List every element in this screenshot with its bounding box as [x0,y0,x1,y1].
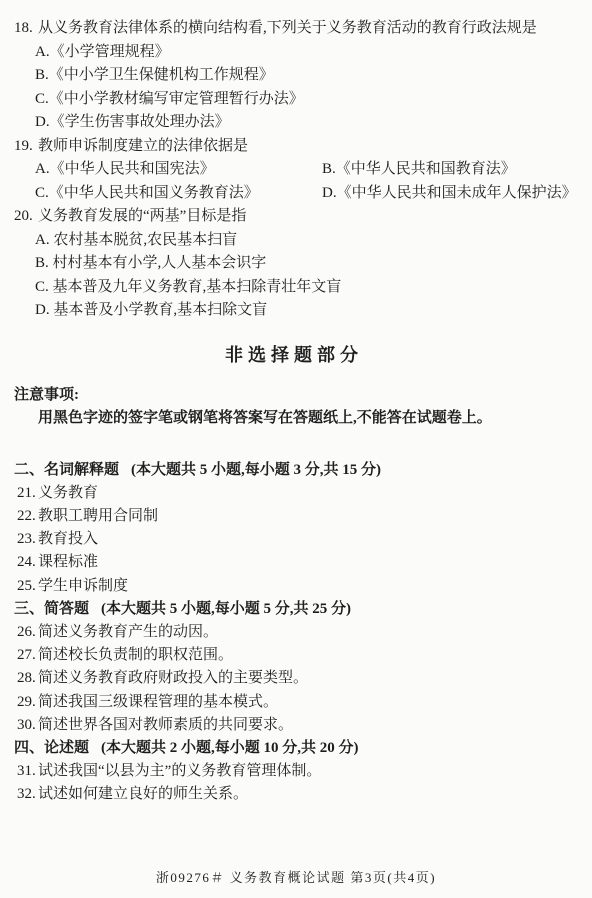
item-number: 28. [17,667,38,690]
option-a: A.《中华人民共和国宪法》 [35,158,322,182]
page-footer: 浙09276＃ 义务教育概论试题 第3页(共4页) [0,867,592,886]
item-text: 简述义务教育政府财政投入的主要类型。 [38,667,574,690]
question-number: 20. [14,205,38,229]
item-number: 30. [17,714,38,737]
option-d: D.《中华人民共和国未成年人保护法》 [322,182,574,206]
section-points-meta: (本大题共 5 小题,每小题 5 分,共 25 分) [101,601,351,617]
section-title: 四、论述题 [14,740,89,756]
question-18: 18. 从义务教育法律体系的横向结构看,下列关于义务教育活动的教育行政法规是 A… [14,17,574,135]
question-item: 22. 教职工聘用合同制 [14,505,574,528]
item-text: 简述我国三级课程管理的基本模式。 [38,691,574,714]
part-heading: 非选择题部分 [14,342,574,368]
option-list: A.《小学管理规程》 B.《中小学卫生保健机构工作规程》 C.《中小学教材编写审… [35,41,574,135]
item-number: 29. [17,691,38,714]
section-title: 三、简答题 [14,601,89,617]
section-short-answer: 三、简答题(本大题共 5 小题,每小题 5 分,共 25 分) 26. 简述义务… [14,598,574,737]
question-19: 19. 教师申诉制度建立的法律依据是 A.《中华人民共和国宪法》 B.《中华人民… [14,135,574,206]
option-d: D. 基本普及小学教育,基本扫除文盲 [35,299,574,323]
option-b: B.《中华人民共和国教育法》 [322,158,574,182]
item-number: 24. [17,551,38,574]
option-b: B. 村村基本有小学,人人基本会识字 [35,252,574,276]
question-item: 23. 教育投入 [14,528,574,551]
notice-label: 注意事项: [14,384,574,408]
question-item: 24. 课程标准 [14,551,574,574]
question-item: 28. 简述义务教育政府财政投入的主要类型。 [14,667,574,690]
item-text: 简述校长负责制的职权范围。 [38,644,574,667]
question-stem: 从义务教育法律体系的横向结构看,下列关于义务教育活动的教育行政法规是 [38,17,574,41]
item-number: 26. [17,621,38,644]
option-list: A. 农村基本脱贫,农民基本扫盲 B. 村村基本有小学,人人基本会识字 C. 基… [35,229,574,323]
item-number: 22. [17,505,38,528]
option-c: C.《中小学教材编写审定管理暂行办法》 [35,88,574,112]
option-c: C. 基本普及九年义务教育,基本扫除青壮年文盲 [35,276,574,300]
question-item: 29. 简述我国三级课程管理的基本模式。 [14,691,574,714]
section-title: 二、名词解释题 [14,462,119,478]
question-20: 20. 义务教育发展的“两基”目标是指 A. 农村基本脱贫,农民基本扫盲 B. … [14,205,574,323]
item-number: 27. [17,644,38,667]
question-item: 25. 学生申诉制度 [14,575,574,598]
question-stem: 教师申诉制度建立的法律依据是 [38,135,574,159]
item-number: 23. [17,528,38,551]
item-text: 义务教育 [38,482,574,505]
item-text: 教职工聘用合同制 [38,505,574,528]
item-text: 学生申诉制度 [38,575,574,598]
question-item: 21. 义务教育 [14,482,574,505]
item-text: 课程标准 [38,551,574,574]
question-item: 26. 简述义务教育产生的动因。 [14,621,574,644]
option-c: C.《中华人民共和国义务教育法》 [35,182,322,206]
notice-text: 用黑色字迹的签字笔或钢笔将答案写在答题纸上,不能答在试题卷上。 [14,407,574,431]
item-text: 试述如何建立良好的师生关系。 [38,783,574,806]
item-number: 25. [17,575,38,598]
section-essay: 四、论述题(本大题共 2 小题,每小题 10 分,共 20 分) 31. 试述我… [14,737,574,807]
question-item: 31. 试述我国“以县为主”的义务教育管理体制。 [14,760,574,783]
option-b: B.《中小学卫生保健机构工作规程》 [35,64,574,88]
item-text: 试述我国“以县为主”的义务教育管理体制。 [38,760,574,783]
question-item: 27. 简述校长负责制的职权范围。 [14,644,574,667]
question-number: 18. [14,17,38,41]
item-text: 简述世界各国对教师素质的共同要求。 [38,714,574,737]
exam-paper-page: 18. 从义务教育法律体系的横向结构看,下列关于义务教育活动的教育行政法规是 A… [0,0,592,807]
item-number: 21. [17,482,38,505]
non-choice-sections: 二、名词解释题(本大题共 5 小题,每小题 3 分,共 15 分) 21. 义务… [14,459,574,807]
section-points-meta: (本大题共 5 小题,每小题 3 分,共 15 分) [131,462,381,478]
item-text: 教育投入 [38,528,574,551]
section-points-meta: (本大题共 2 小题,每小题 10 分,共 20 分) [101,740,359,756]
question-item: 32. 试述如何建立良好的师生关系。 [14,783,574,806]
item-number: 32. [17,783,38,806]
section-term-definitions: 二、名词解释题(本大题共 5 小题,每小题 3 分,共 15 分) 21. 义务… [14,459,574,598]
option-a: A. 农村基本脱贫,农民基本扫盲 [35,229,574,253]
question-number: 19. [14,135,38,159]
question-item: 30. 简述世界各国对教师素质的共同要求。 [14,714,574,737]
question-stem: 义务教育发展的“两基”目标是指 [38,205,574,229]
option-a: A.《小学管理规程》 [35,41,574,65]
item-number: 31. [17,760,38,783]
option-d: D.《学生伤害事故处理办法》 [35,111,574,135]
option-list: A.《中华人民共和国宪法》 B.《中华人民共和国教育法》 C.《中华人民共和国义… [35,158,574,205]
item-text: 简述义务教育产生的动因。 [38,621,574,644]
